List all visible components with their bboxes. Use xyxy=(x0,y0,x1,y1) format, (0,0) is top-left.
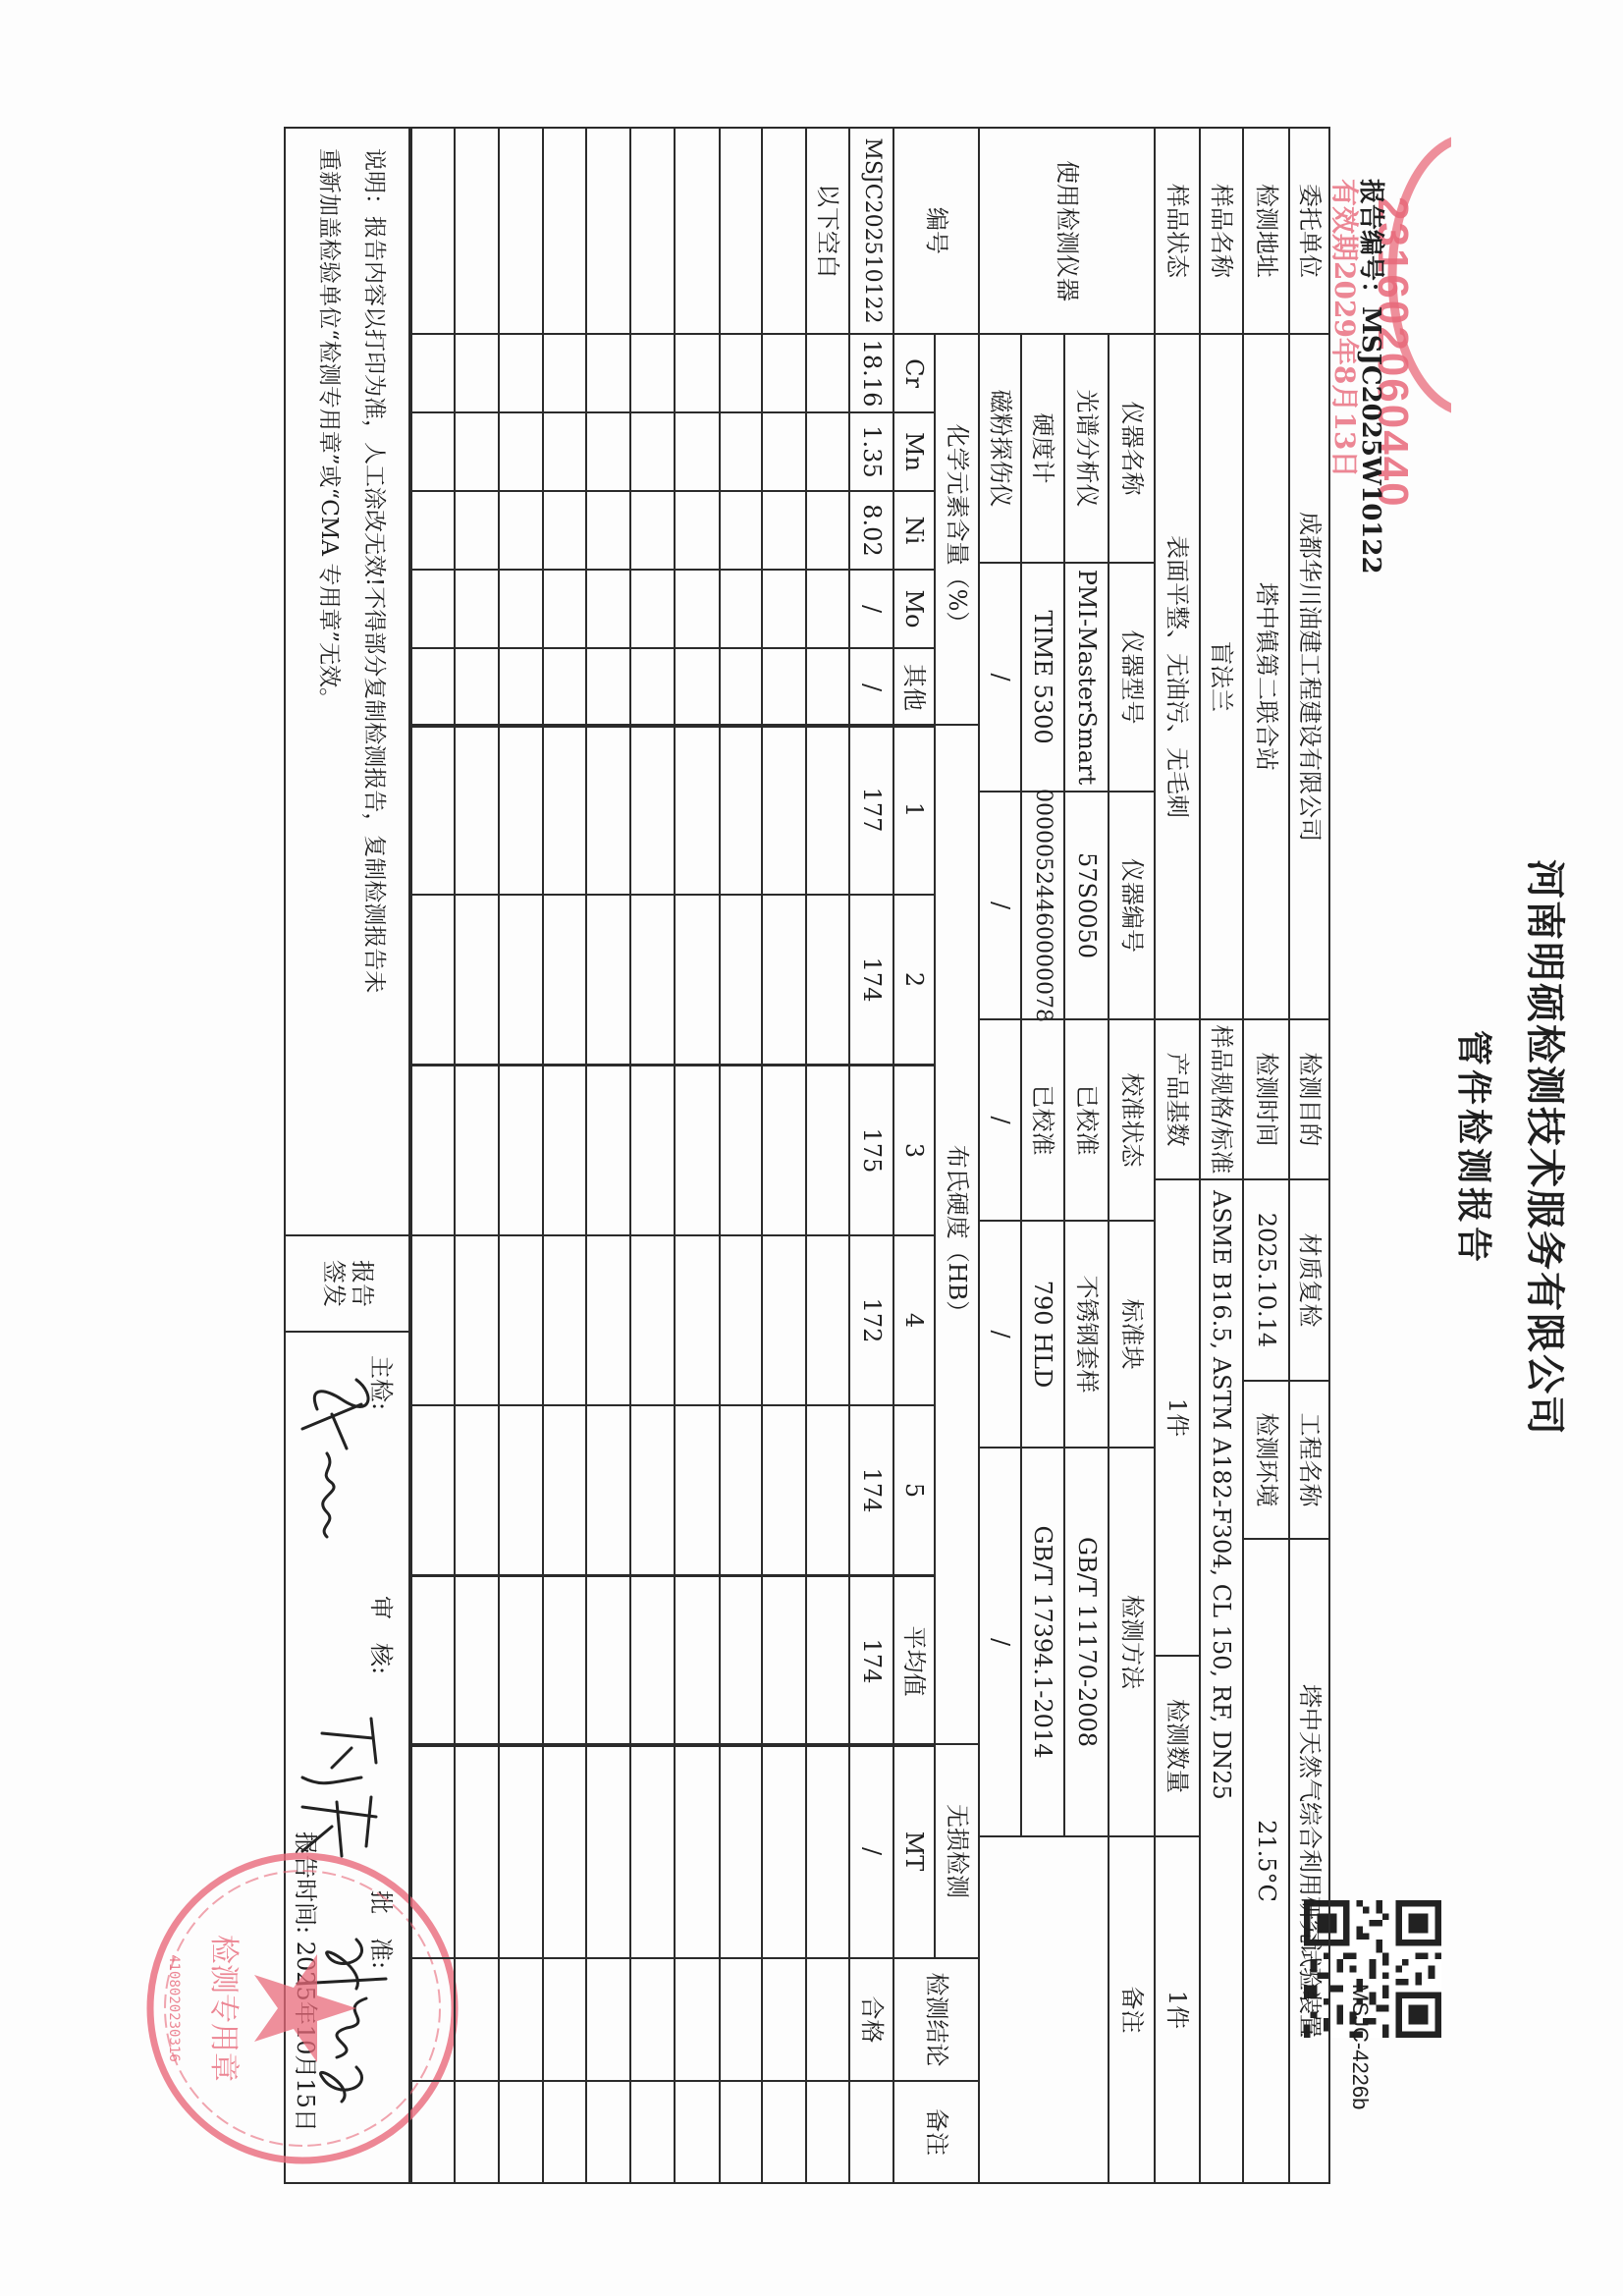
blank-row-chem xyxy=(542,411,587,492)
form-code: MSJC-4226b xyxy=(1347,1984,1373,2109)
blank-row-hardness xyxy=(454,724,500,896)
blank-row-chem xyxy=(674,647,721,728)
blank-row-chem xyxy=(585,490,631,571)
blank-row-remark xyxy=(629,2080,676,2184)
instrument-2-block: 790 HLD xyxy=(1020,1220,1065,1449)
blank-row-chem xyxy=(542,490,587,571)
result-chem-1: 1.35 xyxy=(848,411,894,492)
blank-row-hardness xyxy=(585,1404,631,1576)
result-hardness-1: 174 xyxy=(848,894,894,1066)
instrument-1-method: GB/T 11170-2008 xyxy=(1063,1447,1109,1837)
blank-row-hardness xyxy=(498,1234,544,1406)
blank-row-hardness xyxy=(805,894,850,1066)
blank-row-hardness xyxy=(585,724,631,896)
blank-row-hardness xyxy=(585,1575,631,1747)
blank-row-chem xyxy=(674,490,721,571)
result-conclusion: 合格 xyxy=(848,1957,894,2082)
state-value: 表面平整、无油污、无毛刺 xyxy=(1154,333,1201,1020)
hardness-label: 布氏硬度（HB） xyxy=(934,724,980,1745)
seal-code-text: 4108020230316 xyxy=(166,1954,182,2062)
blank-row-hardness xyxy=(805,1065,850,1236)
blank-row-hardness xyxy=(408,1234,456,1406)
blank-row-remark xyxy=(498,2080,544,2184)
blank-row-chem xyxy=(585,569,631,649)
conclusion-label: 检测结论 xyxy=(893,1957,980,2082)
hardness-header-0: 1 xyxy=(893,724,936,896)
blank-row-hardness xyxy=(674,1575,721,1747)
footer-note-line-2: 重新加盖检验单位“检测专用章”或“CMA 专用章”无效。 xyxy=(306,148,352,710)
footer-note-line-1: 说明：报告内容以打印为准，人工涂改无效!不得部分复制检测报告，复制检测报告未 xyxy=(352,148,397,993)
blank-row-chem xyxy=(761,569,807,649)
blank-row-hardness xyxy=(542,1404,587,1576)
instrument-header-calibration: 校准状态 xyxy=(1108,1018,1156,1222)
blank-row-hardness xyxy=(542,1065,587,1236)
instrument-3-method: / xyxy=(978,1447,1022,1837)
blank-row-ndt xyxy=(498,1743,544,1959)
hardness-header-1: 2 xyxy=(893,894,936,1066)
blank-row-id xyxy=(498,127,544,335)
blank-row-chem xyxy=(805,569,850,649)
remark-label: 备注 xyxy=(893,2080,980,2184)
blank-row-hardness xyxy=(674,894,721,1066)
blank-row-chem xyxy=(585,411,631,492)
blank-row-ndt xyxy=(761,1743,807,1959)
blank-note: 以下空白 xyxy=(805,127,850,335)
result-hardness-2: 175 xyxy=(848,1065,894,1236)
blank-row-hardness xyxy=(585,1065,631,1236)
chem-label: 化学元素含量（%） xyxy=(934,333,980,726)
blank-row-remark xyxy=(761,2080,807,2184)
blank-row-ndt xyxy=(542,1743,587,1959)
result-hardness-5: 174 xyxy=(848,1575,894,1747)
blank-row-hardness xyxy=(805,1575,850,1747)
blank-row-remark xyxy=(585,2080,631,2184)
blank-row-chem xyxy=(542,647,587,728)
blank-row-hardness xyxy=(761,894,807,1066)
blank-row-chem xyxy=(805,333,850,413)
blank-row-chem xyxy=(629,411,676,492)
chem-header-0: Cr xyxy=(893,333,936,413)
blank-row-id xyxy=(454,127,500,335)
blank-row-conclusion xyxy=(454,1957,500,2082)
date-value: 2025.10.14 xyxy=(1242,1178,1290,1382)
instrument-3-model: / xyxy=(978,562,1022,793)
blank-row-id xyxy=(542,127,587,335)
blank-row-chem xyxy=(408,647,456,728)
blank-row-hardness xyxy=(585,1234,631,1406)
blank-row-hardness xyxy=(629,1404,676,1576)
instrument-1-name: 光谱分析仪 xyxy=(1063,333,1109,564)
blank-row-chem xyxy=(761,647,807,728)
blank-row-hardness xyxy=(674,1234,721,1406)
blank-row-hardness xyxy=(585,894,631,1066)
blank-row-chem xyxy=(542,333,587,413)
result-chem-3: / xyxy=(848,569,894,649)
seal-type-text: 检测专用章 xyxy=(206,1935,241,2082)
blank-row-remark xyxy=(674,2080,721,2184)
instrument-3-name: 磁粉探伤仪 xyxy=(978,333,1022,564)
blank-row-ndt xyxy=(629,1743,676,1959)
blank-row-chem xyxy=(498,333,544,413)
report-page: 231602060440 有效期2029年8月13日 河南明硕检测技术服务有限公… xyxy=(0,0,1623,2296)
ndt-method-header: MT xyxy=(893,1743,936,1959)
instruments-section-label: 使用检测仪器 xyxy=(978,127,1156,335)
blank-row-ndt xyxy=(408,1743,456,1959)
blank-row-hardness xyxy=(408,1575,456,1747)
reviewer-signature-icon xyxy=(293,1709,391,1866)
instrument-header-method: 检测方法 xyxy=(1108,1447,1156,1837)
blank-row-chem xyxy=(408,333,456,413)
blank-row-chem xyxy=(719,411,763,492)
instrument-header-model: 仪器型号 xyxy=(1108,562,1156,793)
report-title: 管件检测报告 xyxy=(1451,0,1501,2296)
blank-row-conclusion xyxy=(408,1957,456,2082)
chem-header-3: Mo xyxy=(893,569,936,649)
instrument-header-name: 仪器名称 xyxy=(1108,333,1156,564)
footer-note: 说明：报告内容以打印为准，人工涂改无效!不得部分复制检测报告，复制检测报告未 重… xyxy=(284,127,412,1236)
blank-row-hardness xyxy=(629,1575,676,1747)
blank-row-ndt xyxy=(805,1743,850,1959)
blank-row-hardness xyxy=(454,1065,500,1236)
result-chem-0: 18.16 xyxy=(848,333,894,413)
blank-row-remark xyxy=(454,2080,500,2184)
blank-row-chem xyxy=(761,490,807,571)
hardness-header-3: 4 xyxy=(893,1234,936,1406)
blank-row-remark xyxy=(408,2080,456,2184)
blank-row-hardness xyxy=(498,724,544,896)
blank-row-hardness xyxy=(408,1065,456,1236)
blank-row-id xyxy=(719,127,763,335)
result-ndt: / xyxy=(848,1743,894,1959)
blank-row-chem xyxy=(719,490,763,571)
blank-row-ndt xyxy=(719,1743,763,1959)
state-label: 样品状态 xyxy=(1154,127,1201,335)
instrument-2-number: 00000524460000078 xyxy=(1020,791,1065,1020)
result-remark xyxy=(848,2080,894,2184)
blank-row-hardness xyxy=(454,1234,500,1406)
blank-row-chem xyxy=(498,569,544,649)
site-label: 检测地址 xyxy=(1242,127,1290,335)
blank-row-chem xyxy=(761,411,807,492)
blank-row-hardness xyxy=(542,1575,587,1747)
project-value: 塔中天然气综合利用研究试验装置 xyxy=(1288,1538,1330,2184)
blank-row-chem xyxy=(585,333,631,413)
blank-row-id xyxy=(408,127,456,335)
blank-row-hardness xyxy=(719,1575,763,1747)
report-number-label: 报告编号： xyxy=(1356,179,1385,306)
instrument-3-calibration: / xyxy=(978,1018,1022,1222)
blank-row-chem xyxy=(454,411,500,492)
blank-row-hardness xyxy=(805,724,850,896)
blank-row-hardness xyxy=(761,1065,807,1236)
instrument-header-number: 仪器编号 xyxy=(1108,791,1156,1020)
instrument-remark xyxy=(978,1835,1109,2184)
client-label: 委托单位 xyxy=(1288,127,1330,335)
blank-row-hardness xyxy=(719,894,763,1066)
base-qty-label: 产品基数 xyxy=(1154,1018,1201,1180)
blank-row-hardness xyxy=(408,724,456,896)
ndt-label: 无损检测 xyxy=(934,1743,980,1959)
blank-row-chem xyxy=(629,490,676,571)
purpose-value: 材质复检 xyxy=(1288,1178,1330,1382)
blank-row-hardness xyxy=(629,894,676,1066)
blank-row-chem xyxy=(498,411,544,492)
blank-row-id xyxy=(674,127,721,335)
result-hardness-0: 177 xyxy=(848,724,894,896)
blank-row-hardness xyxy=(719,1234,763,1406)
test-qty-value: 1件 xyxy=(1154,1835,1201,2184)
hardness-header-2: 3 xyxy=(893,1065,936,1236)
blank-row-chem xyxy=(585,647,631,728)
blank-row-hardness xyxy=(761,1234,807,1406)
spec-value: ASME B16.5, ASTM A182-F304, CL 150, RF, … xyxy=(1199,1178,1244,2184)
result-row-id: MSJC202510122 xyxy=(848,127,894,335)
blank-row-hardness xyxy=(454,1404,500,1576)
blank-row-hardness xyxy=(674,1065,721,1236)
inspector-signature-icon xyxy=(288,1370,386,1547)
chem-header-2: Ni xyxy=(893,490,936,571)
blank-row-chem xyxy=(498,647,544,728)
blank-row-chem xyxy=(674,411,721,492)
blank-row-id xyxy=(761,127,807,335)
result-id-label: 编号 xyxy=(893,127,980,335)
blank-row-hardness xyxy=(629,1065,676,1236)
blank-row-chem xyxy=(408,569,456,649)
test-qty-label: 检测数量 xyxy=(1154,1655,1201,1837)
base-qty-value: 1件 xyxy=(1154,1178,1201,1657)
sign-label: 报告 签发 xyxy=(284,1234,412,1333)
blank-row-hardness xyxy=(542,724,587,896)
result-hardness-4: 174 xyxy=(848,1404,894,1576)
instrument-1-calibration: 已校准 xyxy=(1063,1018,1109,1222)
blank-row-remark xyxy=(805,2080,850,2184)
blank-row-id xyxy=(585,127,631,335)
blank-row-ndt xyxy=(674,1743,721,1959)
blank-row-remark xyxy=(719,2080,763,2184)
instrument-3-block: / xyxy=(978,1220,1022,1449)
env-label: 检测环境 xyxy=(1242,1380,1290,1540)
blank-row-hardness xyxy=(629,724,676,896)
blank-row-chem xyxy=(542,569,587,649)
blank-row-hardness xyxy=(805,1234,850,1406)
instrument-1-number: 57S0050 xyxy=(1063,791,1109,1020)
blank-row-chem xyxy=(629,333,676,413)
blank-row-chem xyxy=(498,490,544,571)
blank-row-hardness xyxy=(542,894,587,1066)
company-title: 河南明硕检测技术服务有限公司 xyxy=(1520,0,1576,2296)
blank-row-chem xyxy=(408,411,456,492)
site-value: 塔中镇第二联合站 xyxy=(1242,333,1290,1020)
project-label: 工程名称 xyxy=(1288,1380,1330,1540)
blank-row-chem xyxy=(674,569,721,649)
blank-row-chem xyxy=(629,569,676,649)
blank-row-hardness xyxy=(454,894,500,1066)
instrument-1-block: 不锈钢套样 xyxy=(1063,1220,1109,1449)
hardness-header-5: 平均值 xyxy=(893,1575,936,1747)
blank-row-chem xyxy=(454,333,500,413)
blank-row-chem xyxy=(454,647,500,728)
hardness-header-4: 5 xyxy=(893,1404,936,1576)
chem-header-4: 其他 xyxy=(893,647,936,728)
blank-row-hardness xyxy=(498,1065,544,1236)
blank-row-hardness xyxy=(674,724,721,896)
blank-row-hardness xyxy=(719,724,763,896)
sample-name-value: 盲法兰 xyxy=(1199,333,1244,1020)
blank-row-conclusion xyxy=(761,1957,807,2082)
instrument-header-block: 标准块 xyxy=(1108,1220,1156,1449)
instrument-2-model: TIME 5300 xyxy=(1020,562,1065,793)
blank-row-hardness xyxy=(498,894,544,1066)
date-label: 检测时间 xyxy=(1242,1018,1290,1180)
blank-row-chem xyxy=(805,647,850,728)
instrument-2-calibration: 已校准 xyxy=(1020,1018,1065,1222)
blank-row-hardness xyxy=(761,724,807,896)
blank-row-chem xyxy=(454,490,500,571)
blank-row-hardness xyxy=(454,1575,500,1747)
sign-label-line-1: 报告 xyxy=(349,1260,377,1307)
blank-row-hardness xyxy=(408,1404,456,1576)
result-hardness-3: 172 xyxy=(848,1234,894,1406)
blank-row-hardness xyxy=(542,1234,587,1406)
blank-row-chem xyxy=(674,333,721,413)
blank-row-conclusion xyxy=(585,1957,631,2082)
blank-row-hardness xyxy=(629,1234,676,1406)
blank-row-chem xyxy=(719,569,763,649)
blank-row-hardness xyxy=(719,1404,763,1576)
instrument-header-remark: 备注 xyxy=(1108,1835,1156,2184)
blank-row-hardness xyxy=(761,1404,807,1576)
blank-row-hardness xyxy=(408,894,456,1066)
report-number: 报告编号：MSJC2025W10122 xyxy=(1355,179,1391,574)
blank-row-chem xyxy=(454,569,500,649)
result-chem-2: 8.02 xyxy=(848,490,894,571)
client-value: 成都华川油建工程建设有限公司 xyxy=(1288,333,1330,1020)
blank-row-hardness xyxy=(498,1575,544,1747)
blank-row-conclusion xyxy=(498,1957,544,2082)
blank-row-chem xyxy=(805,411,850,492)
blank-row-chem xyxy=(629,647,676,728)
instrument-3-number: / xyxy=(978,791,1022,1020)
blank-row-ndt xyxy=(585,1743,631,1959)
instrument-2-method: GB/T 17394.1-2014 xyxy=(1020,1447,1065,1837)
blank-row-hardness xyxy=(805,1404,850,1576)
blank-row-chem xyxy=(805,490,850,571)
blank-row-conclusion xyxy=(629,1957,676,2082)
blank-row-conclusion xyxy=(719,1957,763,2082)
blank-row-chem xyxy=(719,333,763,413)
report-number-value: MSJC2025W10122 xyxy=(1356,306,1385,574)
blank-row-chem xyxy=(719,647,763,728)
instrument-1-model: PMI-MasterSmart xyxy=(1063,562,1109,793)
blank-row-conclusion xyxy=(542,1957,587,2082)
sign-label-line-2: 签发 xyxy=(320,1260,349,1307)
blank-row-remark xyxy=(542,2080,587,2184)
instrument-2-name: 硬度计 xyxy=(1020,333,1065,564)
sample-name-label: 样品名称 xyxy=(1199,127,1244,335)
reviewer-label: 审 核: xyxy=(366,1596,401,1674)
blank-row-hardness xyxy=(674,1404,721,1576)
chem-header-1: Mn xyxy=(893,411,936,492)
result-chem-4: / xyxy=(848,647,894,728)
blank-row-ndt xyxy=(454,1743,500,1959)
blank-row-hardness xyxy=(761,1575,807,1747)
env-value: 21.5°C xyxy=(1242,1538,1290,2184)
purpose-label: 检测目的 xyxy=(1288,1018,1330,1180)
blank-row-conclusion xyxy=(674,1957,721,2082)
blank-row-chem xyxy=(408,490,456,571)
spec-label: 样品规格/标准 xyxy=(1199,1018,1244,1180)
blank-row-hardness xyxy=(719,1065,763,1236)
blank-row-id xyxy=(629,127,676,335)
blank-row-conclusion xyxy=(805,1957,850,2082)
blank-row-hardness xyxy=(498,1404,544,1576)
blank-row-chem xyxy=(761,333,807,413)
